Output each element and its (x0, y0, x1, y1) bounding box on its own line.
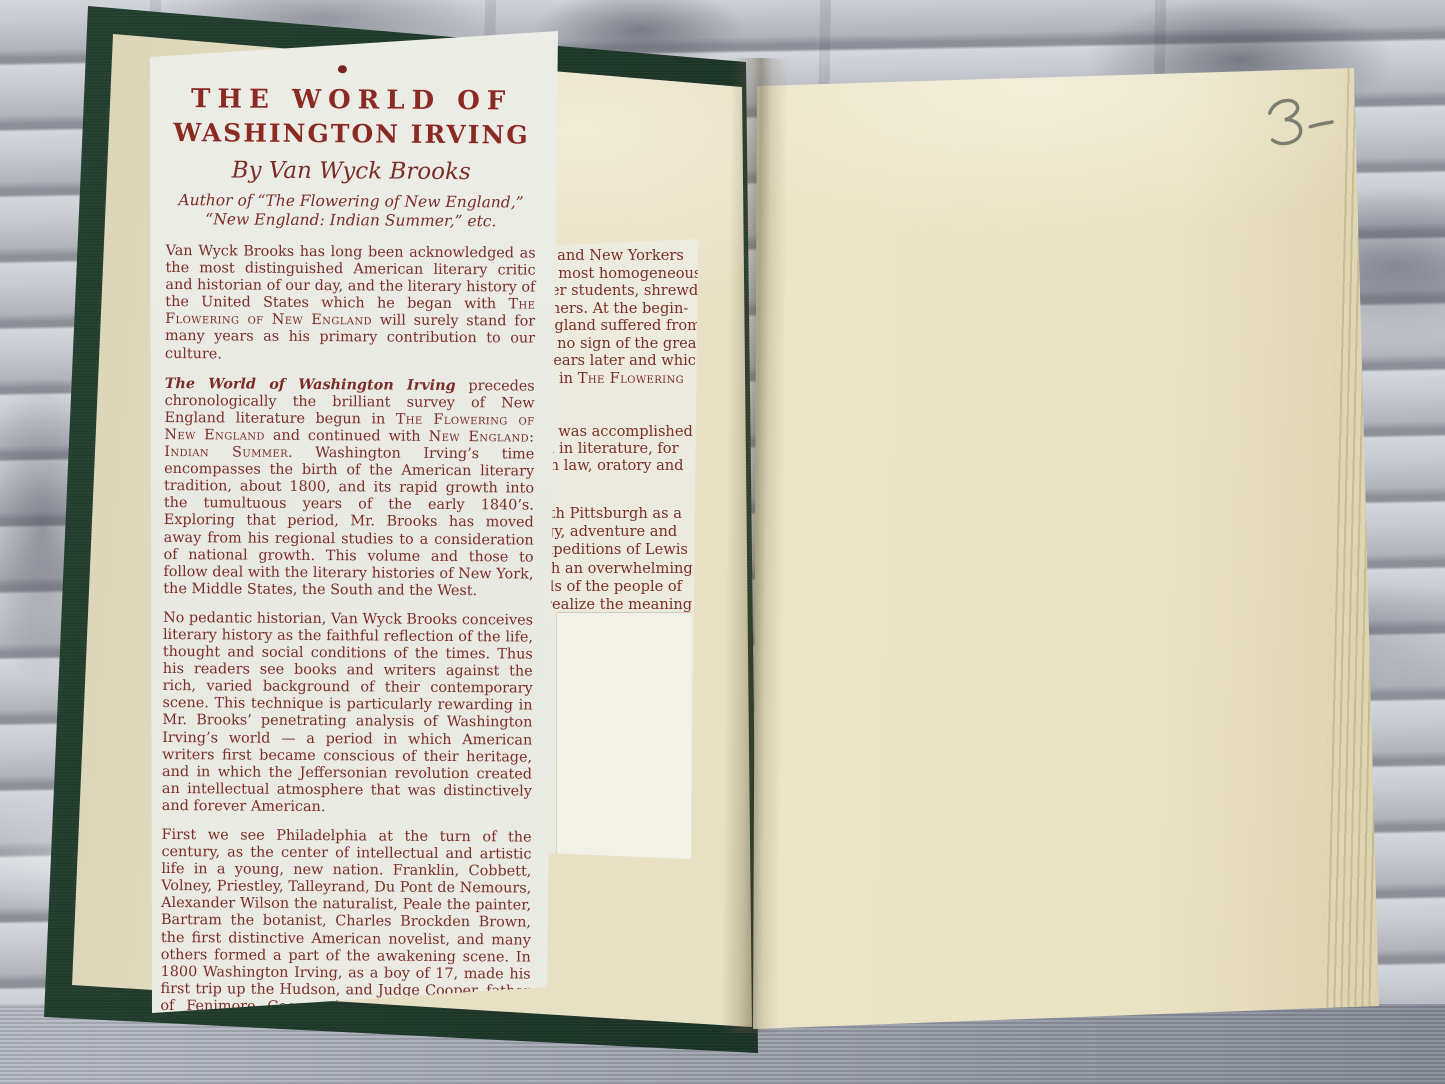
photo-of-open-book: s and New Yorkerse most homogeneouster s… (0, 0, 1445, 1084)
flap2-fragment-line: d in The Flowering (545, 370, 697, 388)
flap2-fragment-line: thers. At the begin- (545, 300, 697, 318)
book-title-line2: WASHINGTON IRVING (166, 118, 536, 150)
flap2-fragment-line: ter students, shrewder (545, 282, 697, 300)
flap2-fragment-block-1: s and New Yorkerse most homogeneouster s… (545, 247, 697, 387)
flap2-fragment-line: ds of the people of (545, 578, 697, 596)
flap2-fragment-line: ith Pittsburgh as a (545, 505, 697, 523)
flap2-fragment-line: th an overwhelming (545, 560, 697, 578)
flap1-paragraphs: Van Wyck Brooks has long been acknowledg… (160, 243, 536, 1052)
flap-paragraph: No pedantic historian, Van Wyck Brooks c… (162, 610, 533, 818)
flap2-fragment-block-2: e was accomplishedn in literature, forin… (545, 423, 697, 474)
flap-paragraph: The World of Washington Irving precedes … (163, 375, 535, 601)
flap2-fragment-line: n in literature, for (545, 440, 697, 457)
flap2-fragment-line: ngland suffered from (545, 317, 697, 335)
flap2-blank-area (556, 612, 691, 859)
flap2-fragment-line: s no sign of the great (545, 335, 697, 353)
book-gutter-crease (721, 58, 789, 1034)
byline: By Van Wyck Brooks (166, 157, 536, 186)
flap2-fragment-line: xpeditions of Lewis (545, 541, 697, 559)
flap2-fragment-line: in law, oratory and (545, 457, 697, 474)
flap-paragraph: Van Wyck Brooks has long been acknowledg… (165, 243, 536, 365)
flap2-fragment-line: s and New Yorkers (545, 247, 697, 265)
flap2-fragment-line: years later and which (545, 352, 697, 370)
author-credit-line2: “New England: Indian Summer,” etc. (166, 210, 536, 232)
flap1-content: THE WORLD OF WASHINGTON IRVING By Van Wy… (160, 60, 537, 1084)
flap2-fragment-block-3: ith Pittsburgh as agy, adventure andxped… (545, 505, 697, 614)
flap2-fragment-line: gy, adventure and (545, 523, 697, 541)
book-title-line1: THE WORLD OF (167, 84, 537, 117)
author-credit-line1: Author of “The Flowering of New England,… (166, 191, 536, 213)
bullet-ornament-icon (337, 65, 346, 73)
flap2-fragment-line: e was accomplished (545, 423, 697, 440)
flap2-fragment-line: e most homogeneous (545, 265, 697, 283)
pencil-mark-3-icon (1261, 91, 1347, 152)
handwritten-price (1261, 91, 1347, 152)
